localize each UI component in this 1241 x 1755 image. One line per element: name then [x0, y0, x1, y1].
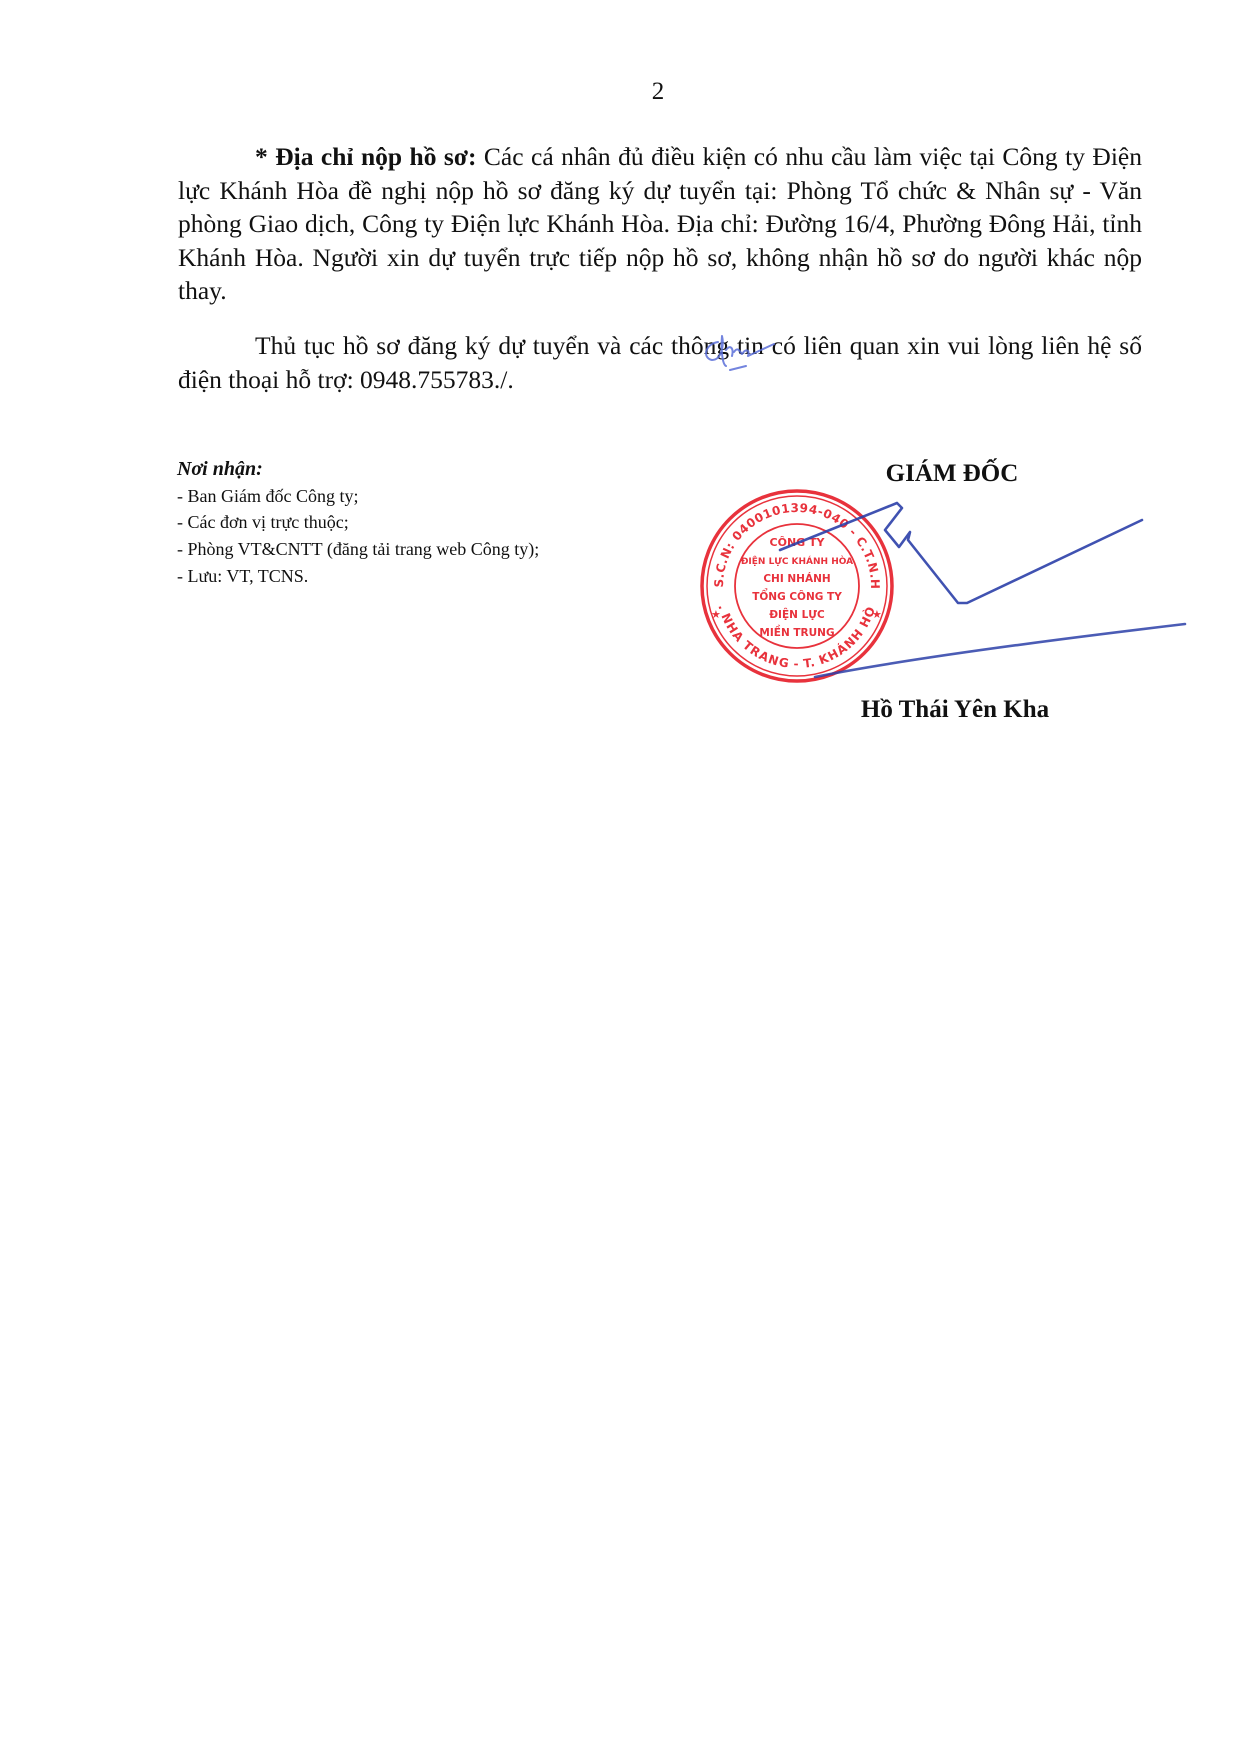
recipient-item: - Ban Giám đốc Công ty; — [177, 483, 539, 510]
handwritten-signature-icon — [0, 0, 1241, 800]
recipient-item: - Lưu: VT, TCNS. — [177, 563, 539, 590]
recipients-list: - Ban Giám đốc Công ty; - Các đơn vị trự… — [177, 483, 539, 590]
signer-name: Hồ Thái Yên Kha — [820, 694, 1090, 726]
svg-text:TỔNG CÔNG TY: TỔNG CÔNG TY — [752, 588, 842, 603]
company-stamp-icon: M.S.C.N: 0400101394-040 - C.T.N.H.H P. N… — [697, 486, 897, 686]
svg-text:MIỀN TRUNG: MIỀN TRUNG — [759, 625, 834, 639]
svg-text:ĐIỆN LỰC KHÁNH HÒA: ĐIỆN LỰC KHÁNH HÒA — [741, 555, 853, 567]
recipients-title: Nơi nhận: — [177, 456, 539, 483]
initials-icon — [700, 330, 780, 375]
svg-text:★: ★ — [711, 609, 721, 621]
paragraph-submission-address: * Địa chỉ nộp hồ sơ: Các cá nhân đủ điều… — [178, 140, 1142, 308]
recipient-item: - Phòng VT&CNTT (đăng tải trang web Công… — [177, 536, 539, 563]
submission-address-label: * Địa chỉ nộp hồ sơ: — [255, 142, 476, 171]
svg-text:ĐIỆN LỰC: ĐIỆN LỰC — [769, 608, 825, 621]
svg-text:CÔNG TY: CÔNG TY — [770, 536, 826, 549]
paragraph-contact: Thủ tục hồ sơ đăng ký dự tuyển và các th… — [178, 329, 1142, 396]
contact-text: Thủ tục hồ sơ đăng ký dự tuyển và các th… — [178, 331, 1142, 394]
svg-text:★: ★ — [872, 609, 882, 621]
svg-text:CHI NHÁNH: CHI NHÁNH — [763, 572, 830, 585]
recipients-block: Nơi nhận: - Ban Giám đốc Công ty; - Các … — [177, 456, 539, 590]
page-number: 2 — [0, 76, 1241, 108]
recipient-item: - Các đơn vị trực thuộc; — [177, 509, 539, 536]
